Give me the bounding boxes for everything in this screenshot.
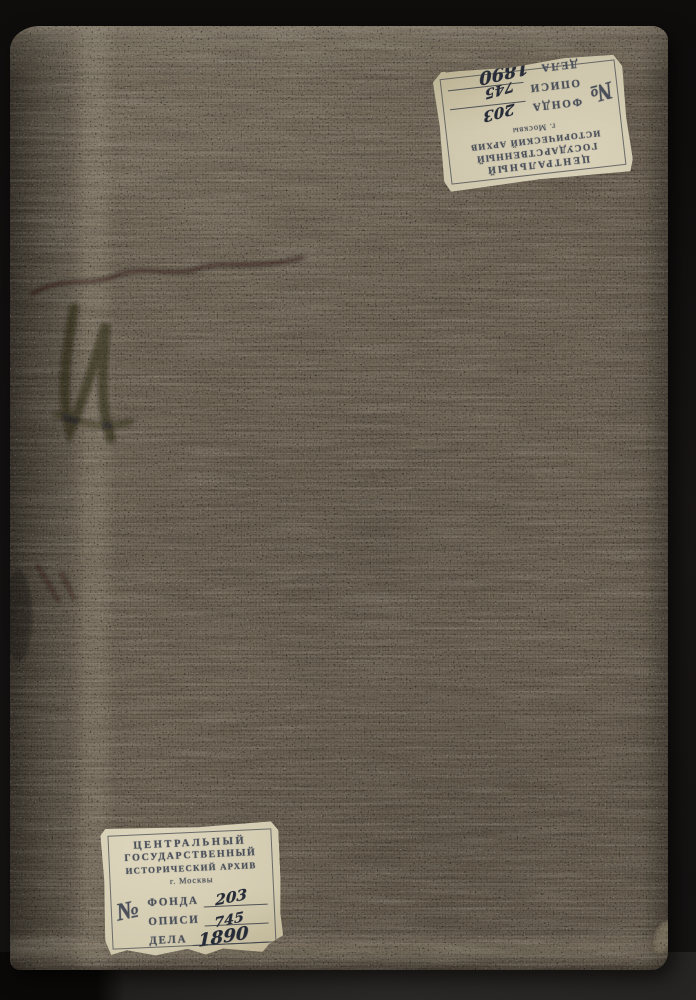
delo-number-handwritten: 1890	[198, 923, 249, 952]
label-border-box: ЦЕНТРАЛЬНЫЙ ГОСУДАРСТВЕННЫЙ ИСТОРИЧЕСКИЙ…	[440, 59, 627, 184]
label-border-box: ЦЕНТРАЛЬНЫЙ ГОСУДАРСТВЕННЫЙ ИСТОРИЧЕСКИЙ…	[107, 828, 276, 949]
photo-stage: ЦЕНТРАЛЬНЫЙ ГОСУДАРСТВЕННЫЙ ИСТОРИЧЕСКИЙ…	[0, 0, 696, 1000]
archive-label-bottom: ЦЕНТРАЛЬНЫЙ ГОСУДАРСТВЕННЫЙ ИСТОРИЧЕСКИЙ…	[100, 821, 284, 959]
faded-ink-marks	[10, 258, 302, 662]
book-cover: ЦЕНТРАЛЬНЫЙ ГОСУДАРСТВЕННЫЙ ИСТОРИЧЕСКИЙ…	[10, 26, 668, 970]
archive-label-top: ЦЕНТРАЛЬНЫЙ ГОСУДАРСТВЕННЫЙ ИСТОРИЧЕСКИЙ…	[432, 52, 634, 193]
delo-field-line: 1890	[192, 923, 270, 946]
delo-field-label: ДЕЛА	[149, 934, 188, 949]
frayed-corner	[648, 918, 668, 958]
